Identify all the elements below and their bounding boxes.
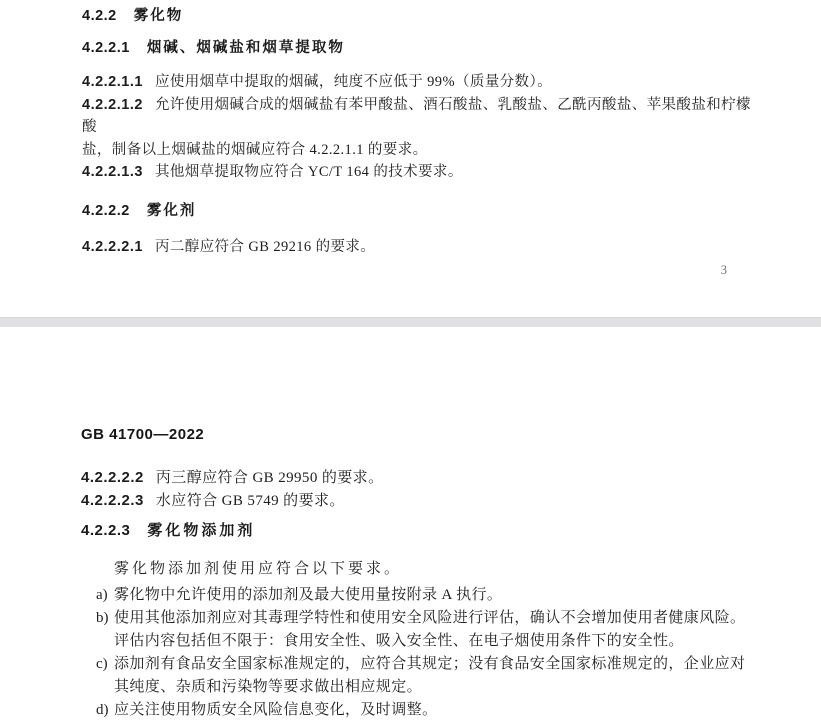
list-item-text: 使用其他添加剂应对其毒理学特性和使用安全风险进行评估，确认不会增加使用者健康风险…: [114, 610, 745, 626]
clause-number: 4.2.2: [82, 8, 117, 24]
clause-4-2-2-1-1: 4.2.2.1.1应使用烟草中提取的烟碱，纯度不应低于 99%（质量分数）。: [82, 71, 751, 94]
list-item-label: a): [96, 584, 114, 607]
heading-title: 雾化物添加剂: [147, 522, 255, 539]
clause-4-2-2-1-3: 4.2.2.1.3其他烟草提取物应符合 YC/T 164 的技术要求。: [82, 161, 751, 184]
page-number: 3: [82, 263, 751, 277]
list-item-c: c)添加剂有食品安全国家标准规定的，应符合其规定；没有食品安全国家标准规定的，企…: [81, 653, 751, 676]
list-item-text: 其纯度、杂质和污染物等要求做出相应规定。: [114, 679, 422, 695]
page-4-top: GB 41700—2022 4.2.2.2.2丙三醇应符合 GB 29950 的…: [0, 327, 821, 720]
clause-number: 4.2.2.1.1: [82, 74, 143, 90]
heading-title: 雾化物: [134, 8, 184, 24]
clause-number: 4.2.2.3: [81, 522, 130, 539]
clause-4-2-2-1-2-line1: 4.2.2.1.2允许使用烟碱合成的烟碱盐有苯甲酸盐、酒石酸盐、乳酸盐、乙酰丙酸…: [82, 94, 751, 139]
clause-text: 丙三醇应符合 GB 29950 的要求。: [156, 470, 384, 486]
list-item-label: d): [96, 699, 114, 720]
list-item-text: 评估内容包括但不限于：食用安全性、吸入安全性、在电子烟使用条件下的安全性。: [114, 633, 684, 649]
clause-number: 4.2.2.2.3: [81, 492, 144, 509]
heading-title: 雾化剂: [147, 203, 197, 219]
document-viewer: 4.2.2雾化物 4.2.2.1烟碱、烟碱盐和烟草提取物 4.2.2.1.1应使…: [0, 0, 821, 720]
running-header-standard-code: GB 41700—2022: [81, 427, 751, 443]
clause-number: 4.2.2.1.2: [82, 97, 143, 113]
clause-block-nicotine: 4.2.2.1.1应使用烟草中提取的烟碱，纯度不应低于 99%（质量分数）。 4…: [82, 71, 751, 184]
requirements-list: a)雾化物中允许使用的添加剂及最大使用量按附录 A 执行。 b)使用其他添加剂应…: [81, 584, 751, 720]
clause-4-2-2-2-2: 4.2.2.2.2丙三醇应符合 GB 29950 的要求。: [81, 467, 751, 490]
list-item-c-continuation: 其纯度、杂质和污染物等要求做出相应规定。: [81, 676, 751, 699]
clause-number: 4.2.2.2.2: [81, 469, 144, 486]
clause-number: 4.2.2.2.1: [82, 239, 143, 255]
clause-text: 丙二醇应符合 GB 29216 的要求。: [155, 239, 375, 255]
clause-4-2-2-1-2-line2: 盐，制备以上烟碱盐的烟碱应符合 4.2.2.1.1 的要求。: [82, 139, 751, 162]
clause-number: 4.2.2.1: [82, 40, 130, 56]
page-3-bottom: 4.2.2雾化物 4.2.2.1烟碱、烟碱盐和烟草提取物 4.2.2.1.1应使…: [0, 0, 821, 317]
list-item-text: 添加剂有食品安全国家标准规定的，应符合其规定；没有食品安全国家标准规定的，企业应…: [114, 656, 745, 672]
clause-number: 4.2.2.1.3: [82, 164, 143, 180]
clause-number: 4.2.2.2: [82, 203, 130, 219]
clause-text: 盐，制备以上烟碱盐的烟碱应符合 4.2.2.1.1 的要求。: [82, 142, 428, 158]
page-gap-divider: [0, 317, 821, 327]
clause-text: 应使用烟草中提取的烟碱，纯度不应低于 99%（质量分数）。: [155, 74, 552, 90]
heading-4-2-2-3: 4.2.2.3雾化物添加剂: [81, 523, 751, 539]
list-item-b: b)使用其他添加剂应对其毒理学特性和使用安全风险进行评估，确认不会增加使用者健康…: [81, 607, 751, 630]
clause-4-2-2-2-3: 4.2.2.2.3水应符合 GB 5749 的要求。: [81, 490, 751, 513]
clause-text: 水应符合 GB 5749 的要求。: [156, 493, 345, 509]
list-item-d: d)应关注使用物质安全风险信息变化，及时调整。: [81, 699, 751, 720]
list-item-label: b): [96, 607, 114, 630]
list-item-b-continuation: 评估内容包括但不限于：食用安全性、吸入安全性、在电子烟使用条件下的安全性。: [81, 630, 751, 653]
list-item-a: a)雾化物中允许使用的添加剂及最大使用量按附录 A 执行。: [81, 584, 751, 607]
heading-4-2-2-1: 4.2.2.1烟碱、烟碱盐和烟草提取物: [82, 40, 751, 56]
list-item-text: 雾化物中允许使用的添加剂及最大使用量按附录 A 执行。: [114, 587, 502, 603]
clause-text: 其他烟草提取物应符合 YC/T 164 的技术要求。: [155, 164, 463, 180]
list-item-text: 应关注使用物质安全风险信息变化，及时调整。: [114, 702, 437, 718]
list-intro-sentence: 雾化物添加剂使用应符合以下要求。: [81, 558, 751, 580]
heading-4-2-2-2: 4.2.2.2雾化剂: [82, 203, 751, 219]
heading-4-2-2: 4.2.2雾化物: [82, 8, 751, 24]
clause-4-2-2-2-1: 4.2.2.2.1丙二醇应符合 GB 29216 的要求。: [82, 236, 751, 259]
heading-title: 烟碱、烟碱盐和烟草提取物: [147, 40, 345, 56]
list-item-label: c): [96, 653, 114, 676]
clause-text: 允许使用烟碱合成的烟碱盐有苯甲酸盐、酒石酸盐、乳酸盐、乙酰丙酸盐、苹果酸盐和柠檬…: [82, 97, 751, 136]
